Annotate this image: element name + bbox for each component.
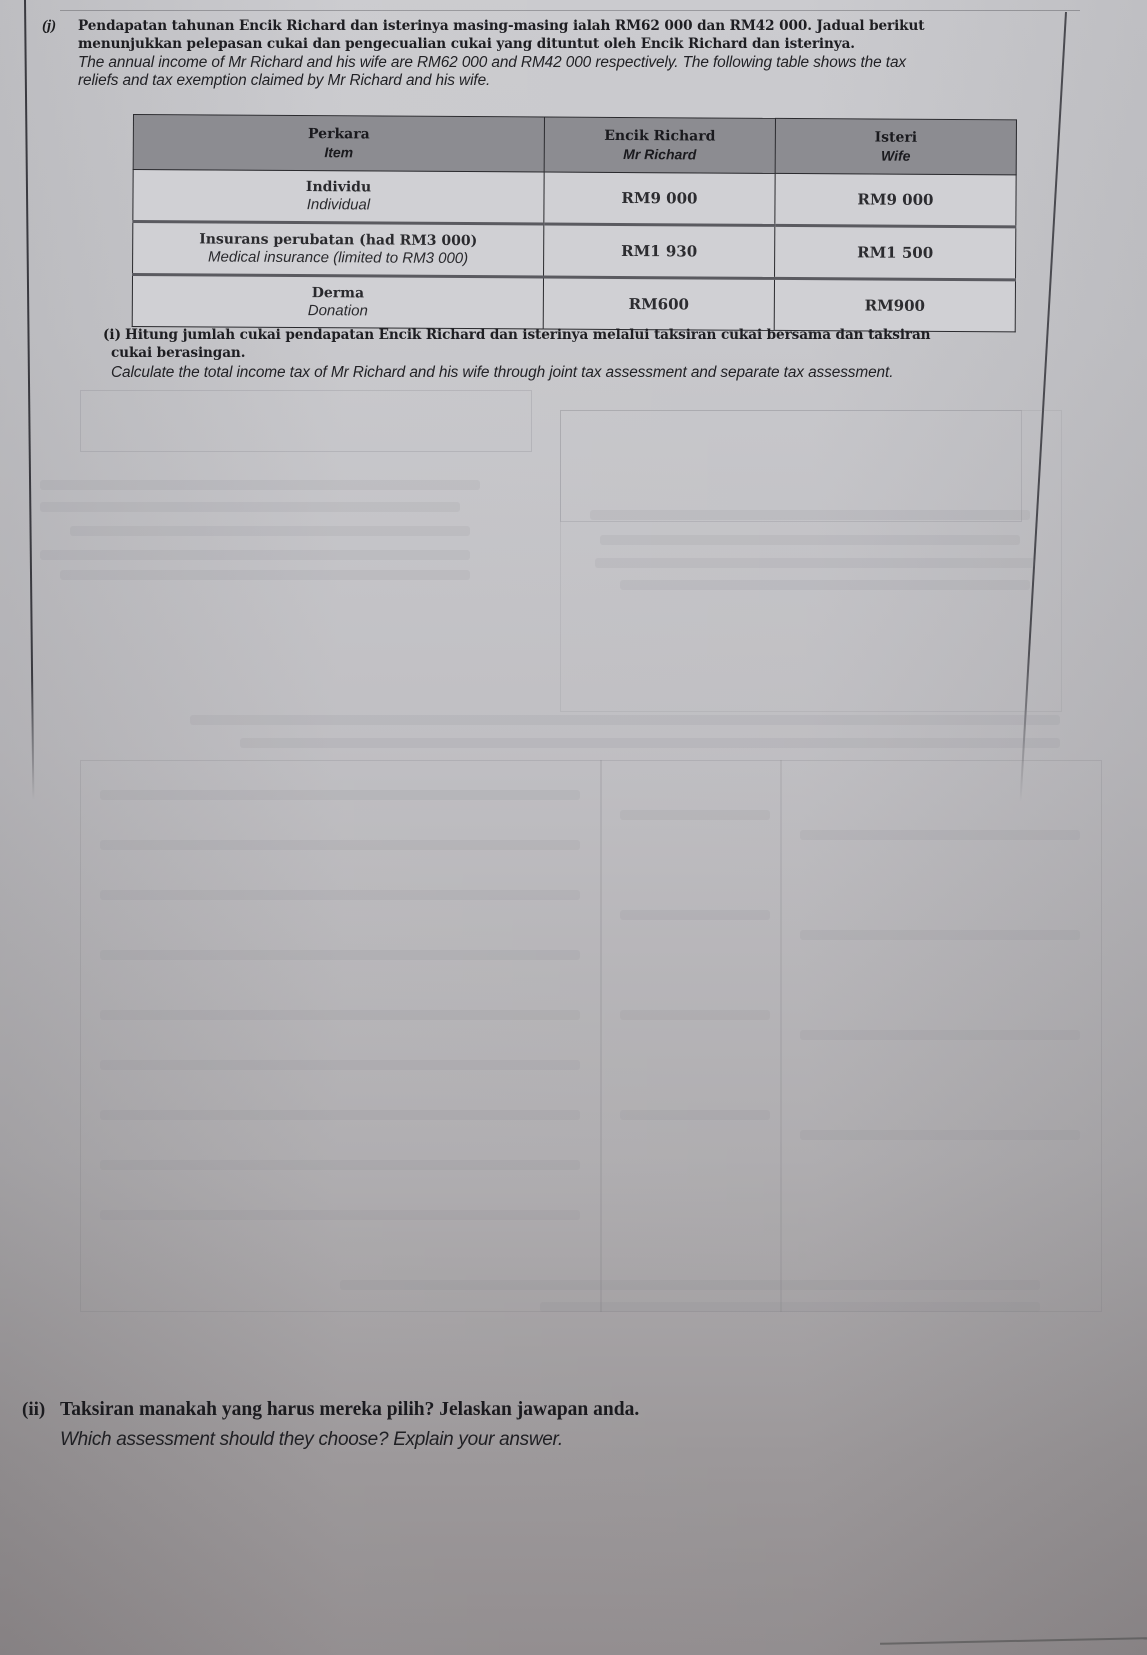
cell-wife: RM900 (774, 278, 1015, 331)
show-through-line (800, 1130, 1080, 1140)
header-item: Perkara Item (133, 115, 544, 173)
cell-item: Insurans perubatan (had RM3 000) Medical… (133, 222, 544, 278)
cell-wife: RM1 500 (775, 225, 1016, 279)
cell-mr-richard: RM1 930 (544, 224, 775, 278)
cell-item: Derma Donation (132, 275, 543, 330)
show-through-line (100, 1110, 580, 1120)
sub-question-i-malay-line-2: cukai berasingan. (103, 344, 1103, 362)
show-through-box (80, 390, 532, 452)
header-mr-richard-english: Mr Richard (545, 145, 775, 164)
item-english: Donation (133, 301, 543, 322)
question-malay-line-2: menunjukkan pelepasan cukai dan pengecua… (78, 35, 1082, 53)
answer-space (40, 390, 1090, 1350)
value-mr-richard: RM9 000 (621, 188, 697, 206)
show-through-line (620, 910, 770, 920)
cell-wife: RM9 000 (775, 173, 1016, 226)
show-through-line (190, 715, 1060, 725)
value-wife: RM1 500 (857, 243, 933, 261)
header-mr-richard: Encik Richard Mr Richard (544, 117, 775, 173)
show-through-line (540, 1302, 1040, 1312)
header-wife-malay: Isteri (776, 128, 1016, 147)
show-through-line (600, 535, 1020, 545)
show-through-line (100, 950, 580, 960)
show-through-line (620, 810, 770, 820)
sub-question-i: (i) Hitung jumlah cukai pendapatan Encik… (103, 326, 1103, 382)
header-mr-richard-malay: Encik Richard (545, 127, 775, 146)
sub-question-ii: (ii) Taksiran manakah yang harus mereka … (22, 1398, 1122, 1452)
tax-relief-table: Perkara Item Encik Richard Mr Richard Is… (132, 114, 1017, 332)
show-through-line (595, 558, 1035, 568)
show-through-line (100, 890, 580, 900)
show-through-line (60, 570, 470, 580)
sub-question-ii-english: Which assessment should they choose? Exp… (22, 1428, 1122, 1452)
sub-question-i-english: Calculate the total income tax of Mr Ric… (103, 364, 1103, 382)
top-rule (60, 10, 1080, 11)
sub-question-i-malay-line-1: Hitung jumlah cukai pendapatan Encik Ric… (103, 326, 1103, 344)
cell-item: Individu Individual (133, 170, 544, 225)
question-english-line-1: The annual income of Mr Richard and his … (78, 54, 1082, 72)
show-through-line (590, 510, 1030, 520)
question-j: (j) Pendapatan tahunan Encik Richard dan… (42, 17, 1082, 90)
question-malay-line-1: Pendapatan tahunan Encik Richard dan ist… (78, 17, 1082, 35)
header-item-english: Item (134, 142, 544, 163)
show-through-line (620, 1110, 770, 1120)
show-through-line (70, 526, 470, 536)
show-through-divider (600, 760, 602, 1312)
left-margin-line (24, 0, 34, 800)
header-wife: Isteri Wife (775, 118, 1016, 174)
show-through-line (100, 790, 580, 800)
value-mr-richard: RM600 (629, 295, 689, 313)
show-through-line (100, 1060, 580, 1070)
show-through-line (100, 1210, 580, 1220)
item-english: Medical insurance (limited to RM3 000) (133, 248, 543, 269)
show-through-box (80, 760, 1102, 1312)
show-through-box (560, 410, 1022, 522)
item-english: Individual (133, 195, 543, 216)
show-through-line (620, 580, 1030, 590)
table-row: Derma Donation RM600 RM900 (132, 275, 1015, 332)
show-through-line (40, 480, 480, 490)
value-mr-richard: RM1 930 (621, 241, 697, 259)
show-through-line (40, 550, 470, 560)
question-label: (j) (42, 17, 78, 90)
table-row: Individu Individual RM9 000 RM9 000 (133, 170, 1016, 227)
sub-question-i-label: (i) (103, 326, 121, 344)
show-through-line (800, 1030, 1080, 1040)
show-through-divider (780, 760, 782, 1312)
show-through-line (620, 1010, 770, 1020)
show-through-line (800, 930, 1080, 940)
sub-question-ii-malay: Taksiran manakah yang harus mereka pilih… (22, 1398, 1122, 1422)
show-through-line (100, 1010, 580, 1020)
show-through-line (340, 1280, 1040, 1290)
sub-question-ii-label: (ii) (22, 1398, 45, 1422)
show-through-line (100, 1160, 580, 1170)
show-through-line (100, 840, 580, 850)
show-through-line (240, 738, 1060, 748)
value-wife: RM900 (865, 296, 925, 314)
question-english-line-2: reliefs and tax exemption claimed by Mr … (78, 72, 1082, 90)
value-wife: RM9 000 (857, 190, 933, 208)
page-edge-line (880, 1637, 1147, 1645)
cell-mr-richard: RM600 (543, 277, 774, 330)
show-through-line (800, 830, 1080, 840)
show-through-line (40, 502, 460, 512)
show-through-box (560, 410, 1062, 712)
table-row: Insurans perubatan (had RM3 000) Medical… (133, 222, 1016, 280)
header-wife-english: Wife (776, 146, 1016, 165)
cell-mr-richard: RM9 000 (544, 172, 775, 225)
table-header-row: Perkara Item Encik Richard Mr Richard Is… (133, 115, 1016, 175)
